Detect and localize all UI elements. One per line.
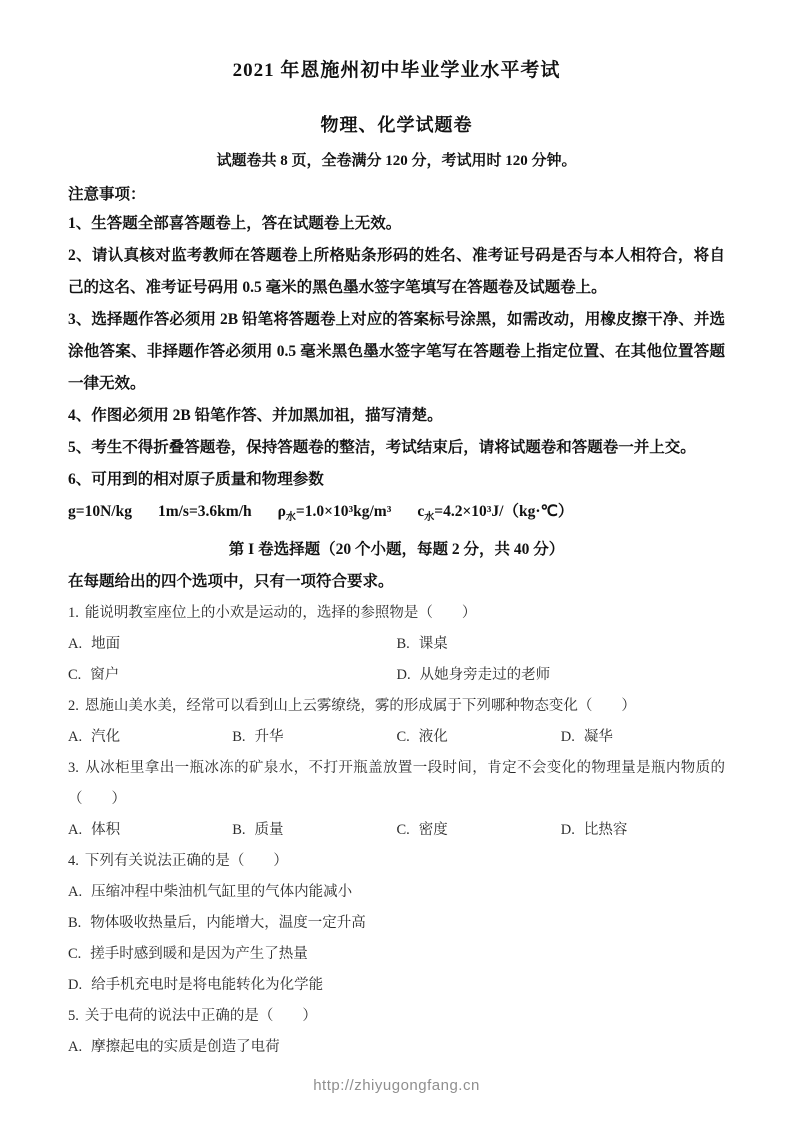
c-subscript: 水	[424, 512, 434, 523]
option-1d-label: D.	[397, 667, 411, 683]
param-gravity: g=10N/kg	[68, 503, 132, 520]
option-4d: D.给手机充电时是将电能转化为化学能	[68, 970, 725, 1001]
option-1c-text: 窗户	[90, 667, 119, 683]
question-2-number: 2.	[68, 698, 79, 714]
option-1a: A.地面	[68, 629, 397, 660]
question-4-number: 4.	[68, 853, 79, 869]
option-4b-text: 物体吸收热量后，内能增大，温度一定升高	[90, 915, 366, 931]
option-4a-text: 压缩冲程中柴油机气缸里的气体内能减小	[91, 884, 352, 900]
option-1c-label: C.	[68, 667, 81, 683]
question-5-text: 5.关于电荷的说法中正确的是（ ）	[68, 1001, 725, 1032]
param-water-density: ρ水=1.0×10³kg/m³	[278, 503, 392, 520]
exam-info-line: 试题卷共 8 页，全卷满分 120 分，考试用时 120 分钟。	[68, 150, 725, 172]
question-5-options: A.摩擦起电的实质是创造了电荷	[68, 1032, 725, 1063]
question-3-text: 3.从冰柜里拿出一瓶冰冻的矿泉水，不打开瓶盖放置一段时间，肯定不会变化的物理量是…	[68, 753, 725, 815]
option-2a-text: 汽化	[91, 729, 120, 745]
option-4b: B.物体吸收热量后，内能增大，温度一定升高	[68, 908, 725, 939]
option-2c: C.液化	[397, 722, 561, 753]
notice-item-2: 2、请认真核对监考教师在答题卷上所格贴条形码的姓名、准考证号码是否与本人相符合，…	[68, 240, 725, 304]
c-value: =4.2×10³J/（kg·℃）	[434, 503, 573, 520]
option-4c-label: C.	[68, 946, 81, 962]
option-2d-text: 凝华	[584, 729, 613, 745]
option-2a: A.汽化	[68, 722, 232, 753]
notice-item-1: 1、生答题全部喜答题卷上，答在试题卷上无效。	[68, 208, 725, 240]
option-2c-text: 液化	[419, 729, 448, 745]
question-1-stem: 能说明教室座位上的小欢是运动的，选择的参照物是（ ）	[85, 605, 477, 621]
option-2b-label: B.	[232, 729, 245, 745]
rho-value: =1.0×10³kg/m³	[296, 503, 391, 520]
watermark-url: http://zhiyugongfang.cn	[0, 1077, 793, 1094]
notice-item-4: 4、作图必须用 2B 铅笔作答、并加黑加祖，描写清楚。	[68, 400, 725, 432]
option-4c: C.搓手时感到暖和是因为产生了热量	[68, 939, 725, 970]
option-3b-label: B.	[232, 822, 245, 838]
option-3b-text: 质量	[255, 822, 284, 838]
question-2-stem: 恩施山美水美，经常可以看到山上云雾缭绕，雾的形成属于下列哪种物态变化（ ）	[85, 698, 636, 714]
question-1-number: 1.	[68, 605, 79, 621]
section1-instruction: 在每题给出的四个选项中，只有一项符合要求。	[68, 566, 725, 598]
notice-item-6: 6、可用到的相对原子质量和物理参数	[68, 464, 725, 496]
option-2d: D.凝华	[561, 722, 725, 753]
option-4a-label: A.	[68, 884, 82, 900]
option-1d: D.从她身旁走过的老师	[397, 660, 726, 691]
option-2b: B.升华	[232, 722, 396, 753]
option-1c: C.窗户	[68, 660, 397, 691]
option-2d-label: D.	[561, 729, 575, 745]
param-water-specific-heat: c水=4.2×10³J/（kg·℃）	[417, 503, 573, 520]
question-1-text: 1.能说明教室座位上的小欢是运动的，选择的参照物是（ ）	[68, 598, 725, 629]
option-3d: D.比热容	[561, 815, 725, 846]
question-2: 2.恩施山美水美，经常可以看到山上云雾缭绕，雾的形成属于下列哪种物态变化（ ） …	[68, 691, 725, 753]
physics-parameters-line: g=10N/kg1m/s=3.6km/hρ水=1.0×10³kg/m³c水=4.…	[68, 496, 725, 534]
rho-subscript: 水	[286, 512, 296, 523]
option-3d-label: D.	[561, 822, 575, 838]
question-3-number: 3.	[68, 760, 79, 776]
question-5-stem: 关于电荷的说法中正确的是（ ）	[85, 1008, 317, 1024]
option-1a-label: A.	[68, 636, 82, 652]
option-4d-text: 给手机充电时是将电能转化为化学能	[91, 977, 323, 993]
option-4b-label: B.	[68, 915, 81, 931]
option-3c-text: 密度	[419, 822, 448, 838]
param-speed-conversion: 1m/s=3.6km/h	[158, 503, 252, 520]
notice-item-5: 5、考生不得折叠答题卷，保持答题卷的整洁，考试结束后，请将试题卷和答题卷一并上交…	[68, 432, 725, 464]
question-3: 3.从冰柜里拿出一瓶冰冻的矿泉水，不打开瓶盖放置一段时间，肯定不会变化的物理量是…	[68, 753, 725, 846]
option-2a-label: A.	[68, 729, 82, 745]
option-3a: A.体积	[68, 815, 232, 846]
option-5a-label: A.	[68, 1039, 82, 1055]
option-3a-text: 体积	[91, 822, 120, 838]
option-3c-label: C.	[397, 822, 410, 838]
option-1b-text: 课桌	[419, 636, 448, 652]
question-2-options: A.汽化 B.升华 C.液化 D.凝华	[68, 722, 725, 753]
section1-heading: 第 I 卷选择题（20 个小题，每题 2 分，共 40 分）	[68, 534, 725, 566]
rho-symbol: ρ	[278, 503, 286, 520]
question-4: 4.下列有关说法正确的是（ ） A.压缩冲程中柴油机气缸里的气体内能减小 B.物…	[68, 846, 725, 1001]
option-1d-text: 从她身旁走过的老师	[420, 667, 551, 683]
option-4a: A.压缩冲程中柴油机气缸里的气体内能减小	[68, 877, 725, 908]
option-2c-label: C.	[397, 729, 410, 745]
question-4-stem: 下列有关说法正确的是（ ）	[85, 853, 288, 869]
page-subtitle: 物理、化学试题卷	[68, 112, 725, 138]
question-3-options: A.体积 B.质量 C.密度 D.比热容	[68, 815, 725, 846]
option-3b: B.质量	[232, 815, 396, 846]
question-4-text: 4.下列有关说法正确的是（ ）	[68, 846, 725, 877]
notice-item-3: 3、选择题作答必须用 2B 铅笔将答题卷上对应的答案标号涂黑，如需改动，用橡皮擦…	[68, 304, 725, 400]
option-3c: C.密度	[397, 815, 561, 846]
question-5: 5.关于电荷的说法中正确的是（ ） A.摩擦起电的实质是创造了电荷	[68, 1001, 725, 1063]
option-1b-label: B.	[397, 636, 410, 652]
question-2-text: 2.恩施山美水美，经常可以看到山上云雾缭绕，雾的形成属于下列哪种物态变化（ ）	[68, 691, 725, 722]
question-4-options: A.压缩冲程中柴油机气缸里的气体内能减小 B.物体吸收热量后，内能增大，温度一定…	[68, 877, 725, 1001]
option-3d-text: 比热容	[584, 822, 628, 838]
exam-paper-page: 2021 年恩施州初中毕业学业水平考试 物理、化学试题卷 试题卷共 8 页，全卷…	[0, 0, 793, 1122]
question-1: 1.能说明教室座位上的小欢是运动的，选择的参照物是（ ） A.地面 B.课桌 C…	[68, 598, 725, 691]
question-3-stem: 从冰柜里拿出一瓶冰冻的矿泉水，不打开瓶盖放置一段时间，肯定不会变化的物理量是瓶内…	[68, 760, 725, 807]
option-1a-text: 地面	[91, 636, 120, 652]
option-4c-text: 搓手时感到暖和是因为产生了热量	[90, 946, 308, 962]
option-3a-label: A.	[68, 822, 82, 838]
option-5a-text: 摩擦起电的实质是创造了电荷	[91, 1039, 280, 1055]
option-2b-text: 升华	[255, 729, 284, 745]
notice-heading: 注意事项：	[68, 182, 725, 208]
option-1b: B.课桌	[397, 629, 726, 660]
page-title: 2021 年恩施州初中毕业学业水平考试	[68, 58, 725, 84]
question-5-number: 5.	[68, 1008, 79, 1024]
option-5a: A.摩擦起电的实质是创造了电荷	[68, 1032, 725, 1063]
option-4d-label: D.	[68, 977, 82, 993]
question-1-options: A.地面 B.课桌 C.窗户 D.从她身旁走过的老师	[68, 629, 725, 691]
